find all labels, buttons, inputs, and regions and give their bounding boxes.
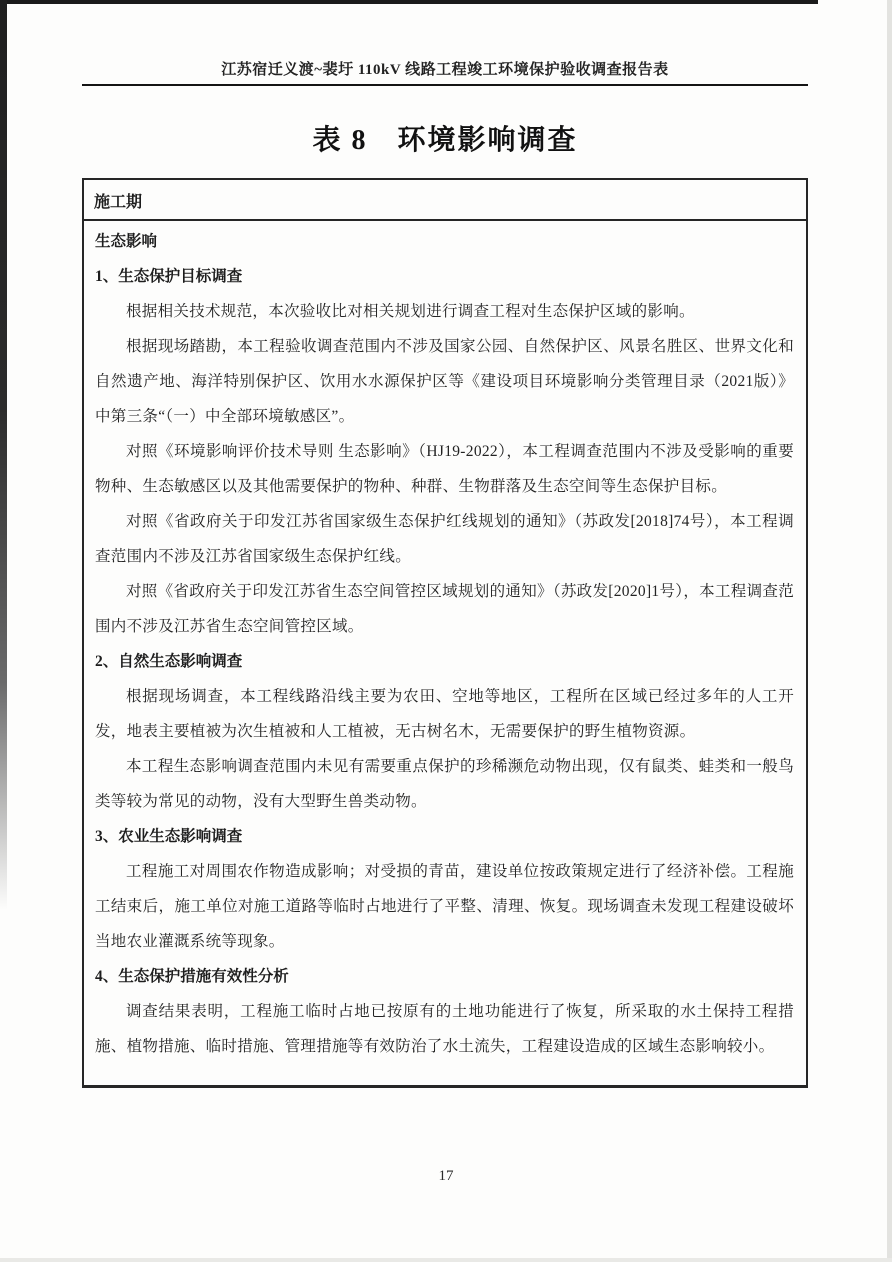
ecology-impact-title: 生态影响 — [95, 224, 794, 259]
page-title: 表 8 环境影响调查 — [82, 118, 808, 158]
paragraph: 根据现场踏勘，本工程验收调查范围内不涉及国家公园、自然保护区、风景名胜区、世界文… — [95, 329, 794, 434]
scan-artifact-bottom-edge — [0, 1258, 892, 1262]
paragraph: 调查结果表明，工程施工临时占地已按原有的土地功能进行了恢复，所采取的水土保持工程… — [95, 994, 794, 1064]
header-rule — [82, 84, 808, 86]
paragraph: 本工程生态影响调查范围内未见有需要重点保护的珍稀濒危动物出现，仅有鼠类、蛙类和一… — [95, 749, 794, 819]
section-heading-3: 3、农业生态影响调查 — [95, 819, 794, 854]
paragraph: 对照《环境影响评价技术导则 生态影响》（HJ19-2022），本工程调查范围内不… — [95, 434, 794, 504]
paragraph: 对照《省政府关于印发江苏省生态空间管控区域规划的通知》（苏政发[2020]1号）… — [95, 574, 794, 644]
scanned-document-page: 江苏宿迁义渡~裴圩 110kV 线路工程竣工环境保护验收调查报告表 表 8 环境… — [0, 0, 892, 1262]
construction-period-label: 施工期 — [94, 194, 142, 211]
scan-artifact-right-edge — [887, 0, 892, 1262]
table-row-construction-period: 施工期 — [84, 180, 806, 221]
section-heading-1: 1、生态保护目标调查 — [95, 259, 794, 294]
scan-artifact-top-edge — [0, 0, 818, 4]
page-number: 17 — [0, 1168, 892, 1185]
paragraph: 根据相关技术规范，本次验收比对相关规划进行调查工程对生态保护区域的影响。 — [95, 294, 794, 329]
scan-artifact-left-edge — [0, 0, 7, 910]
table-row-content: 生态影响 1、生态保护目标调查 根据相关技术规范，本次验收比对相关规划进行调查工… — [84, 221, 806, 1064]
section-heading-2: 2、自然生态影响调查 — [95, 644, 794, 679]
paragraph: 对照《省政府关于印发江苏省国家级生态保护红线规划的通知》（苏政发[2018]74… — [95, 504, 794, 574]
environment-impact-table: 施工期 生态影响 1、生态保护目标调查 根据相关技术规范，本次验收比对相关规划进… — [82, 178, 808, 1088]
paragraph: 工程施工对周围农作物造成影响；对受损的青苗，建设单位按政策规定进行了经济补偿。工… — [95, 854, 794, 959]
paragraph: 根据现场调查，本工程线路沿线主要为农田、空地等地区，工程所在区域已经过多年的人工… — [95, 679, 794, 749]
running-header: 江苏宿迁义渡~裴圩 110kV 线路工程竣工环境保护验收调查报告表 — [82, 58, 808, 79]
section-heading-4: 4、生态保护措施有效性分析 — [95, 959, 794, 994]
